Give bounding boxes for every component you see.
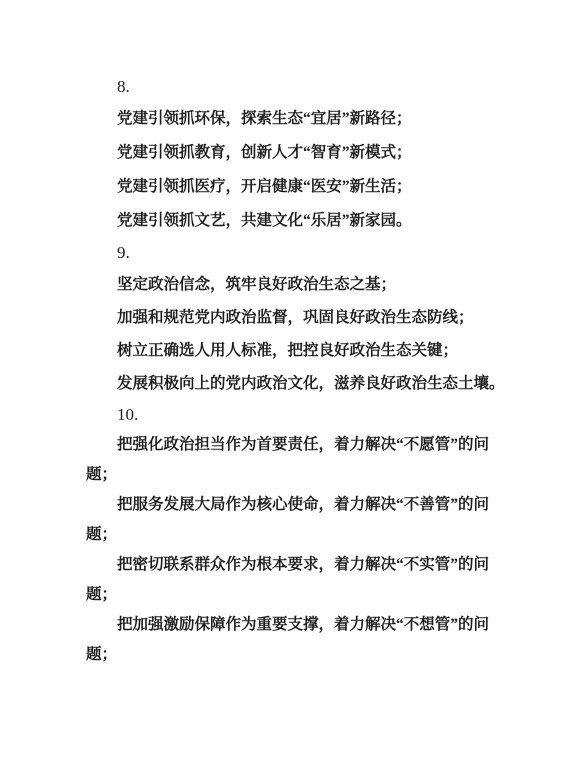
paragraph: 把强化政治担当作为首要责任，着力解决“不愿管”的问 题； bbox=[86, 430, 502, 490]
paragraph-line: 把加强激励保障作为重要支撑，着力解决“不想管”的问 bbox=[86, 610, 502, 640]
paragraph: 把加强激励保障作为重要支撑，着力解决“不想管”的问 题； bbox=[86, 610, 502, 670]
list-item-text: 坚定政治信念，筑牢良好政治生态之基； bbox=[86, 268, 502, 301]
document-page: 8. 党建引领抓环保，探索生态“宜居”新路径； 党建引领抓教育，创新人才“智育”… bbox=[0, 0, 586, 759]
section-10: 10. 把强化政治担当作为首要责任，着力解决“不愿管”的问 题； 把服务发展大局… bbox=[86, 400, 502, 670]
paragraph-line: 把强化政治担当作为首要责任，着力解决“不愿管”的问 bbox=[86, 430, 502, 460]
section-8: 8. 党建引领抓环保，探索生态“宜居”新路径； 党建引领抓教育，创新人才“智育”… bbox=[86, 72, 502, 238]
paragraph-line: 题； bbox=[86, 640, 502, 670]
list-item-text: 发展积极向上的党内政治文化，滋养良好政治生态土壤。 bbox=[86, 367, 502, 400]
list-number-9: 9. bbox=[86, 238, 502, 268]
list-item-text: 党建引领抓环保，探索生态“宜居”新路径； bbox=[86, 102, 502, 136]
list-item-text: 党建引领抓教育，创新人才“智育”新模式； bbox=[86, 136, 502, 170]
section-9: 9. 坚定政治信念，筑牢良好政治生态之基； 加强和规范党内政治监督，巩固良好政治… bbox=[86, 238, 502, 400]
list-item-text: 加强和规范党内政治监督，巩固良好政治生态防线； bbox=[86, 301, 502, 334]
list-item-text: 树立正确选人用人标准，把控良好政治生态关键； bbox=[86, 334, 502, 367]
list-item-text: 党建引领抓医疗，开启健康“医安”新生活； bbox=[86, 170, 502, 204]
paragraph-line: 题； bbox=[86, 520, 502, 550]
paragraph: 把服务发展大局作为核心使命，着力解决“不善管”的问 题； bbox=[86, 490, 502, 550]
list-item-text: 党建引领抓文艺，共建文化“乐居”新家园。 bbox=[86, 204, 502, 238]
list-number-10: 10. bbox=[86, 400, 502, 430]
document-content: 8. 党建引领抓环保，探索生态“宜居”新路径； 党建引领抓教育，创新人才“智育”… bbox=[86, 72, 502, 670]
list-number-8: 8. bbox=[86, 72, 502, 102]
paragraph-line: 把密切联系群众作为根本要求，着力解决“不实管”的问 bbox=[86, 550, 502, 580]
paragraph: 把密切联系群众作为根本要求，着力解决“不实管”的问 题； bbox=[86, 550, 502, 610]
paragraph-line: 题； bbox=[86, 460, 502, 490]
paragraph-line: 题； bbox=[86, 580, 502, 610]
paragraph-line: 把服务发展大局作为核心使命，着力解决“不善管”的问 bbox=[86, 490, 502, 520]
